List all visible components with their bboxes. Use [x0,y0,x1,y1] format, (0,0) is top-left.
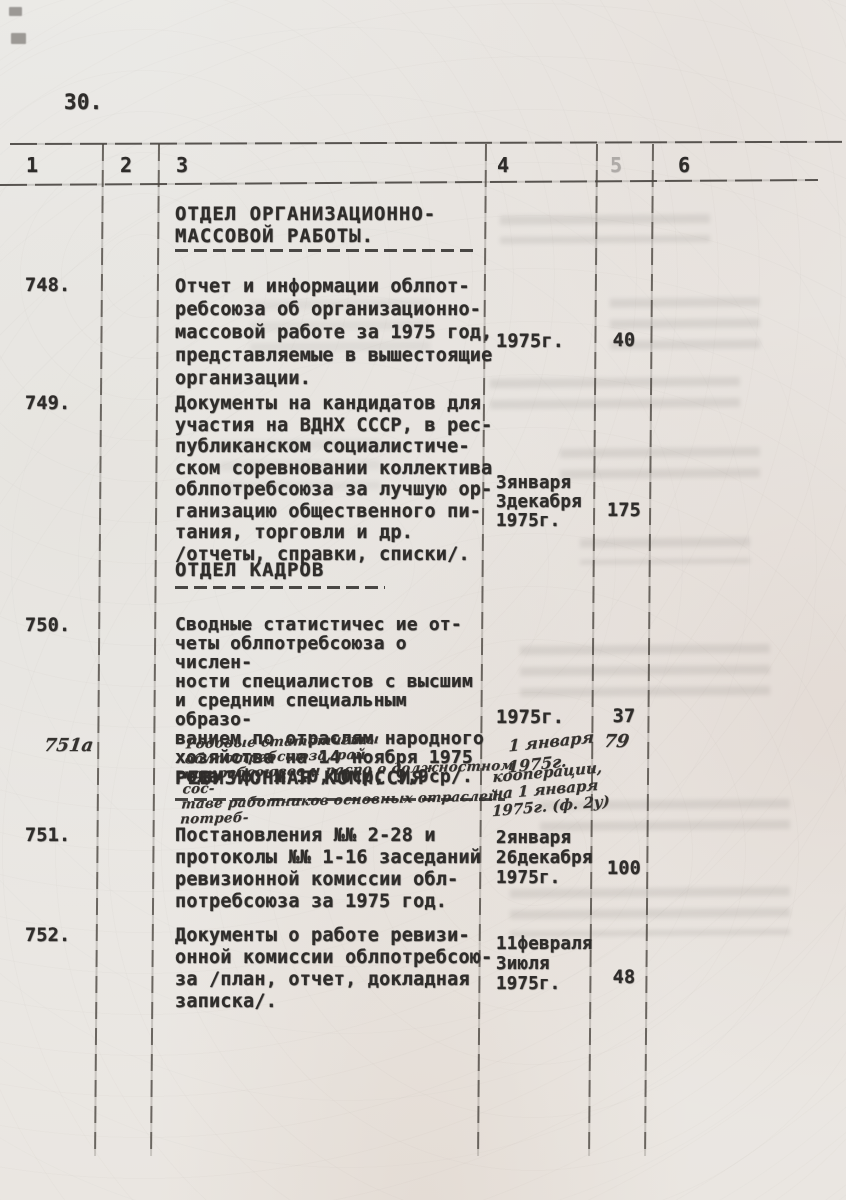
column-header-5: 5 [610,153,622,177]
page-number: 30. [64,92,103,113]
row-750-date: 1975г. [496,707,564,728]
column-header-6: 6 [678,153,690,177]
scan-artifact-mark [9,7,22,16]
scan-artifact-mark [11,33,26,44]
section-title-orgmass: ОТДЕЛ ОРГАНИЗАЦИОННО- МАССОВОЙ РАБОТЫ. [175,203,436,247]
row-751-sheets: 100 [596,858,652,879]
row-752-number: 752. [25,925,70,946]
row-749-date: 3января 3декабря 1975г. [496,474,582,531]
bleedthrough-artifact [510,887,790,937]
row-748-date: 1975г. [496,331,564,352]
bleedthrough-artifact [500,214,710,244]
heading-underline [175,249,475,252]
row-748-sheets: 40 [596,330,652,351]
row-752-date: 11февраля 3июля 1975г. [496,934,593,994]
section-title-kadrov: ОТДЕЛ КАДРОВ [175,560,324,581]
column-header-1: 1 [26,153,38,177]
section-title-revizia: РЕВИЗИОННАЯ КОМИССИЯ [175,768,424,789]
column-header-2: 2 [120,153,132,177]
row-749-number: 749. [25,393,70,414]
table-vline [150,144,159,1156]
table-hline-header-bottom [0,179,818,186]
bleedthrough-artifact [580,537,750,564]
row-749-sheets: 175 [596,500,652,521]
row-752-sheets: 48 [596,967,652,988]
bleedthrough-artifact [560,447,760,487]
row-751a-sheets: 79 [603,731,631,752]
row-748-title: Отчет и информации облпот- ребсоюза об о… [175,275,495,390]
row-751a-number: 751а [43,735,95,756]
table-vline [588,144,597,1156]
row-749-title: Документы на кандидатов для участия на В… [175,393,495,565]
column-header-4: 4 [497,153,509,177]
row-748-number: 748. [25,275,70,296]
column-header-3: 3 [176,153,188,177]
row-751-number: 751. [25,825,70,846]
row-750-sheets: 37 [596,706,652,727]
heading-underline [175,586,385,589]
row-751-title: Постановления №№ 2-28 и протоколы №№ 1-1… [175,825,495,913]
heading-underline [175,798,505,801]
row-752-title: Документы о работе ревизи- онной комисси… [175,925,495,1013]
row-751-date: 2января 26декабря 1975г. [496,828,593,888]
bleedthrough-artifact [490,377,740,409]
table-vline [644,144,653,1156]
row-750-number: 750. [25,615,70,636]
table-vline [94,144,103,1156]
table-hline-top [10,141,842,145]
bleedthrough-artifact [520,644,770,701]
scanned-archive-inventory-page: 30. 1 2 3 4 5 6 ОТДЕЛ ОРГАНИЗАЦИОННО- МА… [0,0,846,1200]
